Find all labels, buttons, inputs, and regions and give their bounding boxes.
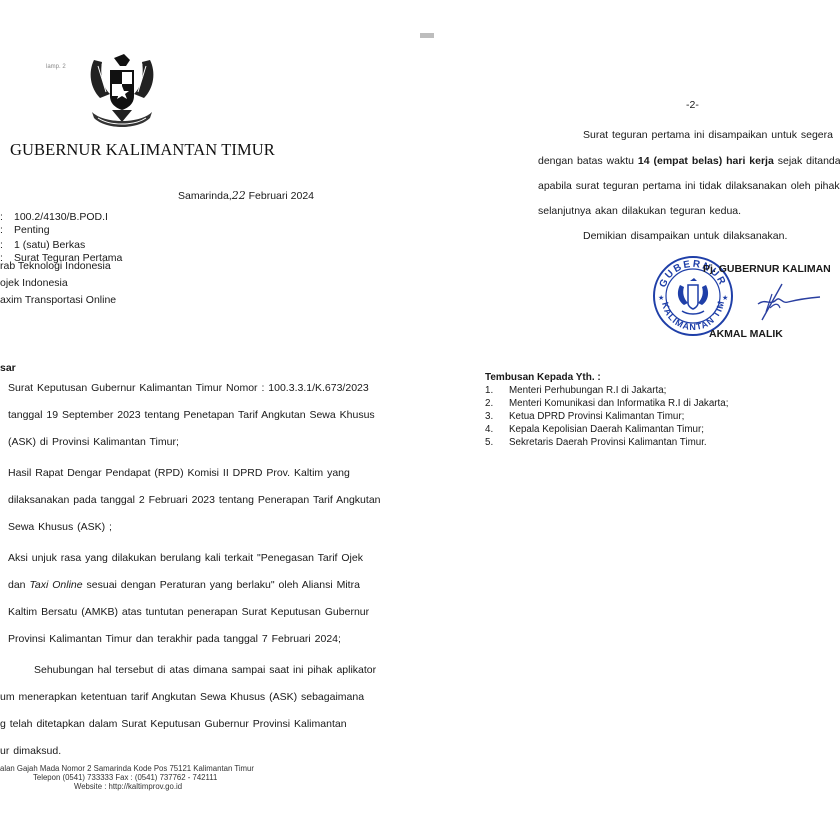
p2-line-4: selanjutnya akan dilakukan teguran kedua… xyxy=(538,205,741,217)
footer-address: alan Gajah Mada Nomor 2 Samarinda Kode P… xyxy=(0,764,254,773)
recipient-1: rab Teknologi Indonesia xyxy=(0,260,111,273)
footer-website: Website : http://kaltimprov.go.id xyxy=(74,782,182,791)
basis-1-line-1: Surat Keputusan Gubernur Kalimantan Timu… xyxy=(8,382,369,394)
meta-attachment: :1 (satu) Berkas xyxy=(0,239,85,252)
svg-text:★: ★ xyxy=(658,294,664,302)
meta-nature: :Penting xyxy=(0,224,50,237)
basis-1-line-3: (ASK) di Provinsi Kalimantan Timur; xyxy=(8,436,179,448)
section-heading: sar xyxy=(0,362,16,375)
scan-artifact xyxy=(420,33,434,38)
body-line-1: Sehubungan hal tersebut di atas dimana s… xyxy=(34,664,376,676)
p2-line-3: apabila surat teguran pertama ini tidak … xyxy=(538,180,840,192)
page-number: -2- xyxy=(686,99,699,112)
closing-line: Demikian disampaikan untuk dilaksanakan. xyxy=(583,230,787,242)
corner-note: lamp. 2 xyxy=(46,64,66,70)
cc-item: 4.Kepala Kepolisian Daerah Kalimantan Ti… xyxy=(485,424,704,435)
date-month-year: Februari 2024 xyxy=(246,190,314,202)
svg-text:★: ★ xyxy=(722,294,728,302)
basis-3-line-4: Provinsi Kalimantan Timur dan terakhir p… xyxy=(8,633,341,645)
basis-3-line-1: Aksi unjuk rasa yang dilakukan berulang … xyxy=(8,552,363,564)
letter-date: Samarinda,22 Februari 2024 xyxy=(178,189,314,203)
deadline-emphasis: 14 (empat belas) hari kerja xyxy=(638,155,774,167)
body-line-3: g telah ditetapkan dalam Surat Keputusan… xyxy=(0,718,347,730)
basis-3-line-2: dan Taxi Online sesuai dengan Peraturan … xyxy=(8,579,360,591)
basis-1-line-2: tanggal 19 September 2023 tentang Peneta… xyxy=(8,409,375,421)
body-line-2: um menerapkan ketentuan tarif Angkutan S… xyxy=(0,691,364,703)
cc-item: 1.Menteri Perhubungan R.I di Jakarta; xyxy=(485,385,666,396)
cc-item: 5.Sekretaris Daerah Provinsi Kalimantan … xyxy=(485,437,707,448)
p2-line-1: Surat teguran pertama ini disampaikan un… xyxy=(583,129,833,141)
recipient-2: ojek Indonesia xyxy=(0,277,68,290)
garuda-emblem-icon xyxy=(84,52,160,132)
signatory-title: Pj. GUBERNUR KALIMAN xyxy=(703,263,831,275)
body-line-4: ur dimaksud. xyxy=(0,745,61,757)
basis-2-line-3: Sewa Khusus (ASK) ; xyxy=(8,521,112,533)
basis-3-line-3: Kaltim Bersatu (AMKB) atas tuntutan pene… xyxy=(8,606,369,618)
cc-item: 2.Menteri Komunikasi dan Informatika R.I… xyxy=(485,398,728,409)
meta-number: :100.2/4130/B.POD.I xyxy=(0,211,108,224)
signatory-name: AKMAL MALIK xyxy=(709,328,783,340)
date-day-handwritten: 22 xyxy=(232,189,246,202)
cc-heading: Tembusan Kepada Yth. : xyxy=(485,372,601,383)
letterhead-title: GUBERNUR KALIMANTAN TIMUR xyxy=(10,140,275,160)
footer-phone: Telepon (0541) 733333 Fax : (0541) 73776… xyxy=(33,773,217,782)
date-place: Samarinda, xyxy=(178,190,232,202)
basis-2-line-1: Hasil Rapat Dengar Pendapat (RPD) Komisi… xyxy=(8,467,350,479)
p2-line-2: dengan batas waktu 14 (empat belas) hari… xyxy=(538,155,840,167)
recipient-3: axim Transportasi Online xyxy=(0,294,116,307)
cc-item: 3.Ketua DPRD Provinsi Kalimantan Timur; xyxy=(485,411,684,422)
basis-2-line-2: dilaksanakan pada tanggal 2 Februari 202… xyxy=(8,494,381,506)
handwritten-signature xyxy=(752,282,822,322)
